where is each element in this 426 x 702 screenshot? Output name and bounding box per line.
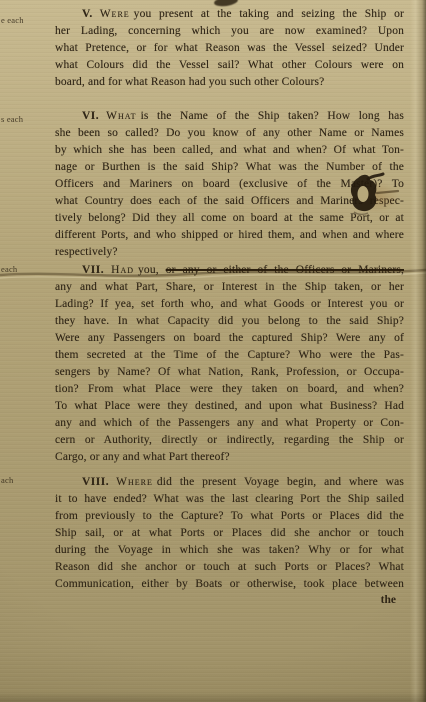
question-vi: VI.Whatis the Name of the Ship taken? Ho… <box>55 108 404 261</box>
page-edge-shadow <box>410 0 426 702</box>
question-viii: VIII.Wheredid the present Voyage begin, … <box>55 474 404 593</box>
question-text: did the present Voyage begin, and where … <box>157 476 404 488</box>
catchword: the <box>55 592 404 609</box>
question-line: V.Wereyou present at the taking and seiz… <box>55 6 404 23</box>
margin-note-vii: each <box>1 264 35 274</box>
question-line: Lading? If yea, set forth who, and what … <box>55 296 404 313</box>
question-lead-word: Were <box>100 8 130 20</box>
question-line: Cargo, or any and what Part thereof? <box>55 449 404 466</box>
question-text: you, <box>138 264 159 276</box>
question-numeral: V. <box>82 8 93 20</box>
question-line: what Colours did the Vessel sail? What o… <box>55 57 404 74</box>
question-line: her Lading, concerning which you are now… <box>55 23 404 40</box>
question-line: cern or Authority, directly or indirectl… <box>55 432 404 449</box>
question-vii: VII.Hadyou, or any or either of the Offi… <box>55 262 404 466</box>
question-line: she been so called? Do you know of any o… <box>55 125 404 142</box>
question-line: Ship sail, or at what Ports or Places di… <box>55 525 404 542</box>
margin-note-viii: ach <box>1 475 35 485</box>
question-line: sengers by Name? Of what Nation, Rank, P… <box>55 364 404 381</box>
question-line: it to have ended? What was the last clea… <box>55 491 404 508</box>
question-line: VI.Whatis the Name of the Ship taken? Ho… <box>55 108 404 125</box>
question-line: any and what Part, Share, or Interest in… <box>55 279 404 296</box>
question-numeral: VI. <box>82 110 99 122</box>
question-line: board, and for what Reason had you such … <box>55 74 404 91</box>
question-lead-word: Where <box>116 476 153 488</box>
question-line: during the Voyage in which she was taken… <box>55 542 404 559</box>
question-numeral: VIII. <box>82 476 109 488</box>
question-line: Were any Passengers on board the capture… <box>55 330 404 347</box>
page-bottom-shadow <box>0 692 426 702</box>
question-line: tion? From what Place were they taken on… <box>55 381 404 398</box>
question-numeral: VII. <box>82 264 104 276</box>
question-line: any and which of the Passengers any and … <box>55 415 404 432</box>
question-line: what Country does each of the said Offic… <box>55 193 404 210</box>
question-v: V.Wereyou present at the taking and seiz… <box>55 6 404 91</box>
margin-note-vi: s each <box>1 114 35 124</box>
struck-through-text: or any or either of the Officers or Mari… <box>166 264 404 276</box>
question-line: VII.Hadyou, or any or either of the Offi… <box>55 262 404 279</box>
question-line: nage or Burthen is the said Ship? What w… <box>55 159 404 176</box>
question-text: you present at the taking and seizing th… <box>134 8 404 20</box>
question-line: To what Place were they destined, and up… <box>55 398 404 415</box>
question-line: they have. In what Capacity did you belo… <box>55 313 404 330</box>
margin-note-v: e each <box>1 15 35 25</box>
question-line: Officers and Mariners on board (exclusiv… <box>55 176 404 193</box>
question-line: respectively? <box>55 244 404 261</box>
question-line: Communication, either by Boats or otherw… <box>55 576 404 593</box>
question-line: VIII.Wheredid the present Voyage begin, … <box>55 474 404 491</box>
question-line: what Pretence, or for what Reason was th… <box>55 40 404 57</box>
question-line: by which she has been called, and what a… <box>55 142 404 159</box>
question-lead-word: Had <box>111 264 134 276</box>
question-line: Reason did she anchor or touch at such P… <box>55 559 404 576</box>
question-line: from previously to the Capture? To what … <box>55 508 404 525</box>
scanned-document-page: e each s each each ach V.Wereyou present… <box>0 0 426 702</box>
question-line: tively belong? Did they all come on boar… <box>55 210 404 227</box>
question-lead-word: What <box>106 110 136 122</box>
question-text: is the Name of the Ship taken? How long … <box>141 110 404 122</box>
question-line: them secreted at the Time of the Capture… <box>55 347 404 364</box>
question-line: different Ports, and who shipped or hire… <box>55 227 404 244</box>
